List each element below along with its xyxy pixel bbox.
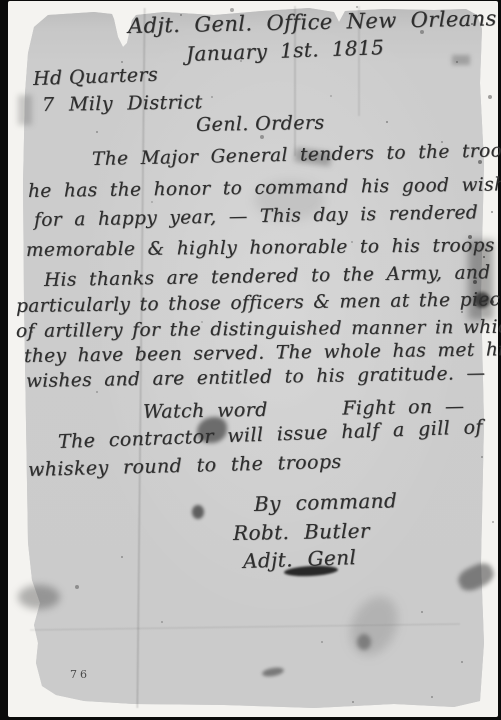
paper-smudge	[18, 585, 60, 609]
stain-spot	[357, 634, 371, 650]
line-general-orders-caption: Genl. Orders	[196, 112, 325, 136]
line-headquarters: Hd Quarters	[33, 64, 159, 90]
scanned-manuscript-page: Adjt. Genl. Office New Orleans January 1…	[0, 0, 501, 720]
line-military-district: 7 Mily District	[42, 91, 203, 116]
edge-stain	[18, 95, 32, 125]
paper-smudge	[452, 55, 470, 65]
line-signature: Robt. Butler	[233, 519, 370, 545]
page-number: 76	[70, 668, 90, 681]
foxing-speckles	[0, 0, 2, 2]
line-signer-title: Adjt. Genl	[243, 545, 357, 573]
handwritten-line: of artillery for the distinguished manne…	[16, 317, 501, 342]
ink-spot	[192, 505, 204, 519]
line-by-command: By command	[254, 488, 398, 516]
